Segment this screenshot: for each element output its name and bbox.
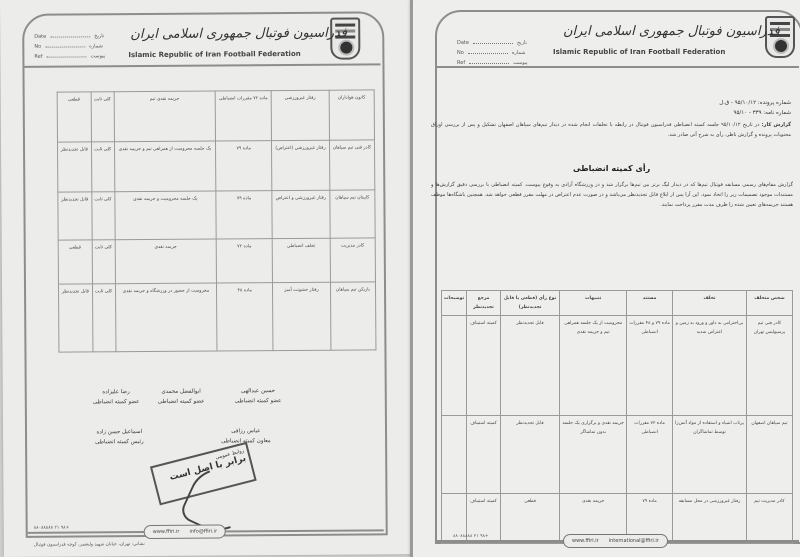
signature-block: رضا علیزادهعضو کمیته انضباطی bbox=[93, 387, 140, 407]
date-label: Date bbox=[34, 32, 46, 42]
rulings-table: شخص متخلفتخلفمستندتنبیهاتنوع رأی (قطعی ی… bbox=[441, 290, 793, 544]
table-row: کادر فنی تیم سپاهانرفتار غیرورزشی (اعترا… bbox=[57, 140, 374, 192]
email-text: international@ffiri.ir bbox=[609, 538, 659, 544]
signature-block: حسین عبدالهیعضو کمیته انضباطی bbox=[235, 386, 282, 406]
org-name-fa: فدراسیون فوتبال جمهوری اسلامی ایران bbox=[130, 26, 347, 43]
signature-block: ابوالفضل محمدیعضو کمیته انضباطی bbox=[158, 387, 205, 407]
table-row: تیم سپاهان اصفهانپرتاب اشیاء و استفاده ا… bbox=[442, 416, 793, 494]
footer-contact-pill: www.ffiri.ir info@ffiri.ir bbox=[144, 524, 227, 539]
table-row: بازیکن تیم سپاهانرفتار خشونت آمیزماده ۴۸… bbox=[58, 282, 375, 352]
fax-text: +۹۸ ۲۱ ۸۸۰۸۸۸۸۸ bbox=[453, 534, 489, 539]
email-text: info@ffiri.ir bbox=[189, 528, 217, 534]
org-name-fa: فدراسیون فوتبال جمهوری اسلامی ایران bbox=[563, 24, 780, 39]
number-label: No bbox=[34, 42, 41, 52]
website-text: www.ffiri.ir bbox=[572, 538, 599, 544]
report-intro: گزارش کار: در تاریخ ۹۵/۱۰/۱۲ جلسه کمیته … bbox=[431, 120, 791, 140]
left-document-page: فدراسیون فوتبال جمهوری اسلامی ایران Isla… bbox=[0, 0, 414, 557]
fax-text: +۹۸ ۲۱ ۸۸۰۸۸۸۸۸ bbox=[34, 526, 70, 531]
table-row: کادر مدیریتتخلف انضباطیماده ۷۲جریمه نقدی… bbox=[58, 238, 375, 284]
address-text: نشانی: تهران، خیابان شهید ولیعصر، کوچه ف… bbox=[34, 542, 145, 548]
ref-label: Ref bbox=[457, 58, 465, 68]
section-title: رأی کمیته انضباطی bbox=[573, 164, 650, 173]
table-header-row: شخص متخلفتخلفمستندتنبیهاتنوع رأی (قطعی ی… bbox=[442, 291, 793, 316]
org-name-en: Islamic Republic of Iran Football Federa… bbox=[553, 48, 725, 56]
ref-label: Ref bbox=[34, 52, 42, 62]
number-label: No bbox=[457, 48, 464, 58]
ruling-body-text: گزارش مقام‌های رسمی مسابقه فوتبال تیم‌ها… bbox=[431, 180, 793, 280]
table-row: کانون هوادارانرفتار غیرورزشیماده ۷۲ مقرر… bbox=[57, 90, 374, 142]
rulings-table: کانون هوادارانرفتار غیرورزشیماده ۷۲ مقرر… bbox=[57, 89, 377, 352]
signature-block: اسماعیل حسن زادهرئیس کمیته انضباطی bbox=[95, 427, 144, 447]
table-row: کاپیتان تیم سپاهانرفتار غیرورزشی و اعترا… bbox=[58, 190, 375, 240]
meta-fields: Dateتاریخ Noشماره Refپیوست bbox=[34, 31, 105, 61]
date-label: Date bbox=[457, 38, 469, 48]
org-name-en: Islamic Republic of Iran Football Federa… bbox=[128, 50, 300, 59]
meta-fields: Dateتاریخ Noشماره Refپیوست bbox=[457, 38, 528, 68]
website-text: www.ffiri.ir bbox=[153, 529, 180, 535]
right-document-page: فدراسیون فوتبال جمهوری اسلامی ایران Isla… bbox=[410, 0, 800, 557]
case-reference: شماره پرونده: ۹۵/۱۰/۱۲ - ق.ل شماره نامه:… bbox=[719, 98, 791, 118]
footer-contact-pill: www.ffiri.ir international@ffiri.ir bbox=[563, 534, 668, 548]
table-row: کادر فنی تیم پرسپولیس تهرانبی‌احترامی به… bbox=[442, 316, 793, 416]
